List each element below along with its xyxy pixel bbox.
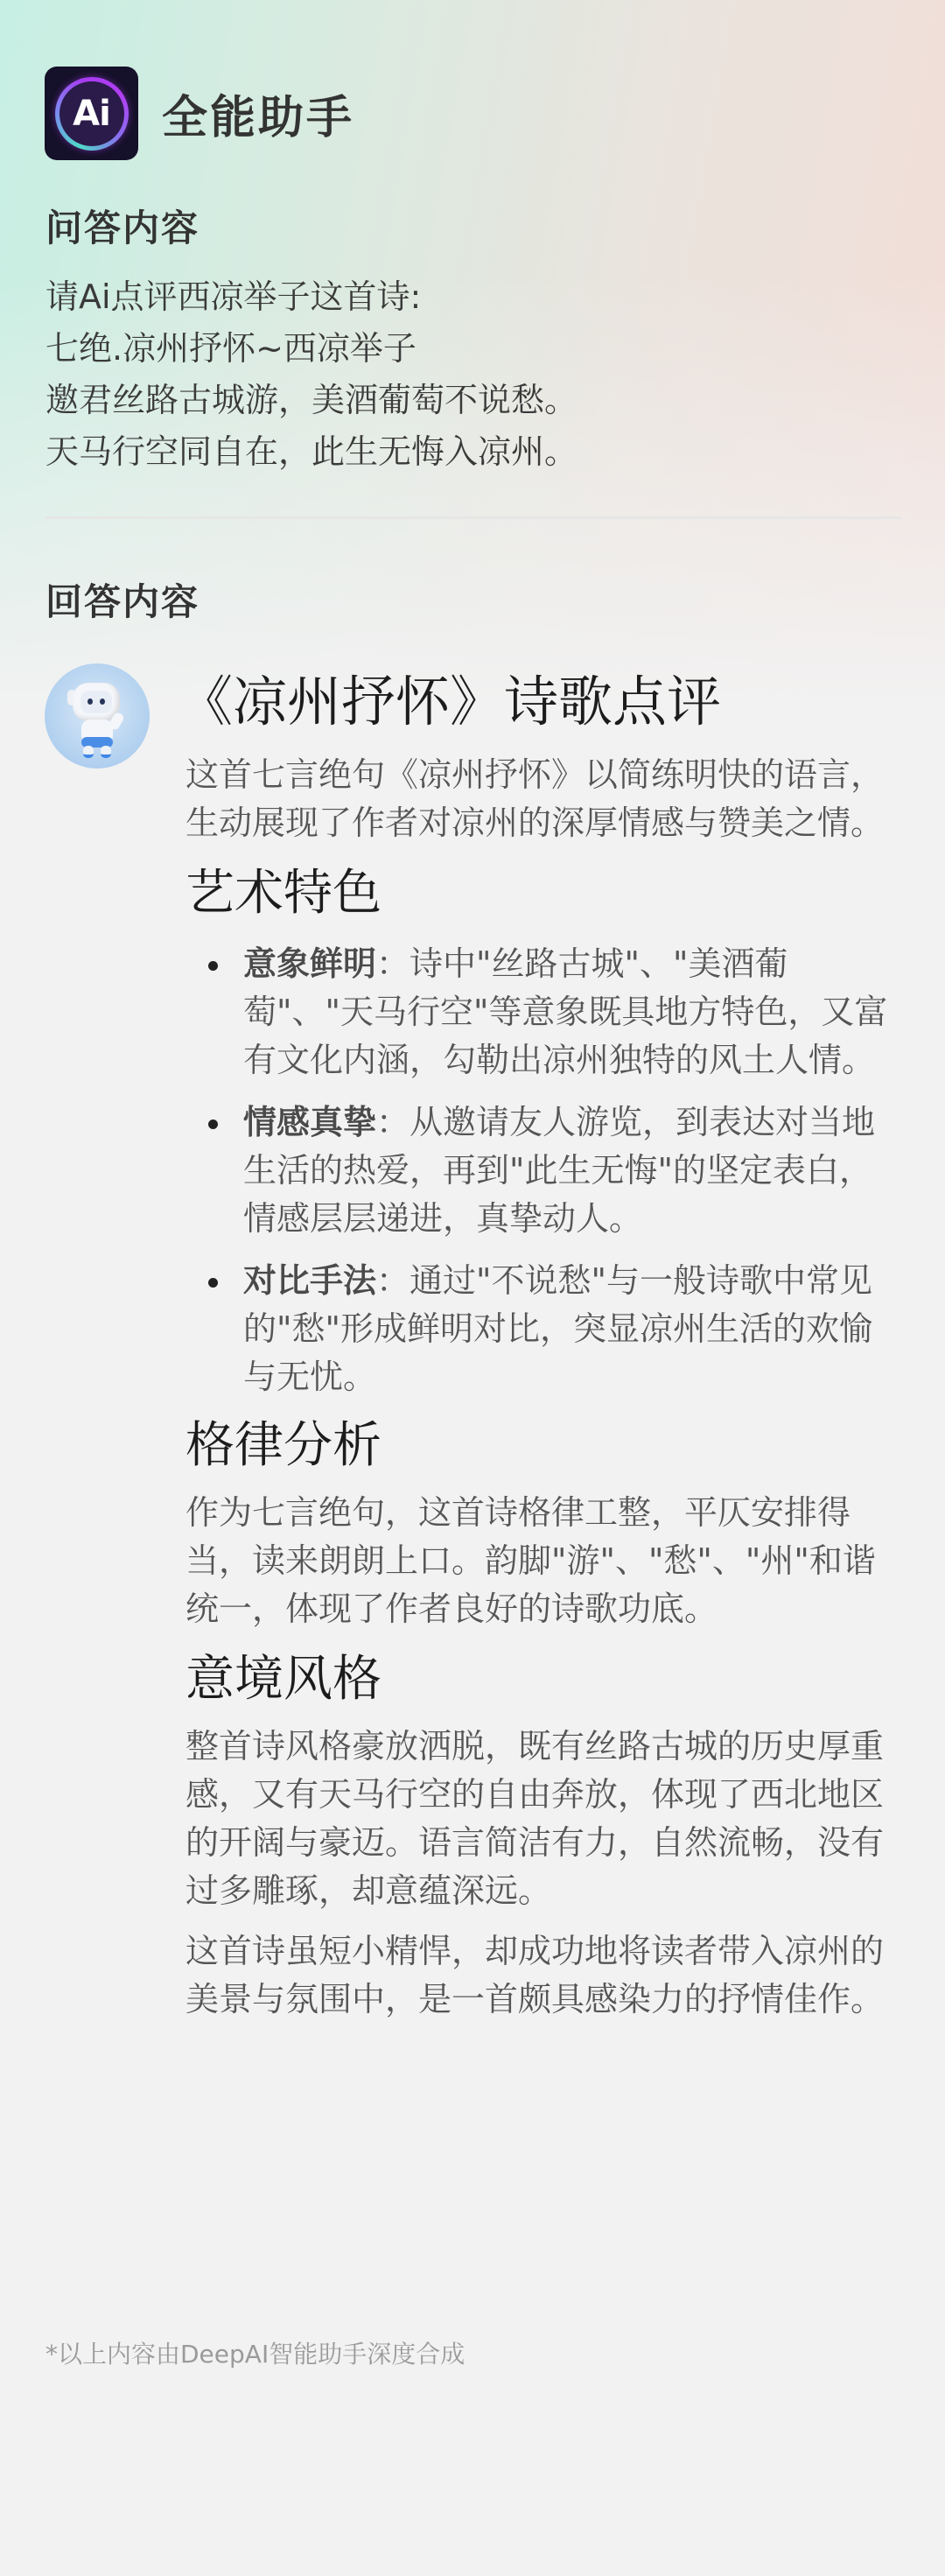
robot-leg — [83, 746, 94, 758]
question-content: 请Ai点评西凉举子这首诗: 七绝.凉州抒怀~西凉举子 邀君丝路古城游，美酒葡萄不… — [45, 271, 903, 478]
bullet-label: 意象鲜明 — [243, 944, 376, 983]
section-heading-art: 艺术特色 — [185, 863, 903, 924]
bullet-icon — [208, 1278, 218, 1288]
robot-eye — [87, 698, 93, 705]
list-item: 对比手法：通过"不说愁"与一般诗歌中常见的"愁"形成鲜明对比，突显凉州生活的欢愉… — [185, 1257, 903, 1401]
question-line: 邀君丝路古城游，美酒葡萄不说愁。 — [45, 375, 903, 426]
bullet-label: 情感真挚 — [243, 1103, 376, 1141]
robot-avatar-icon — [45, 663, 150, 769]
question-line: 天马行空同自在，此生无悔入凉州。 — [45, 426, 903, 478]
question-heading: 问答内容 — [45, 200, 199, 252]
bullet-label: 对比手法 — [243, 1261, 376, 1300]
app-logo-icon: Ai — [45, 67, 138, 160]
bullet-icon — [208, 961, 218, 971]
style-paragraph: 整首诗风格豪放洒脱，既有丝路古城的历史厚重感，又有天马行空的自由奔放，体现了西北… — [185, 1723, 903, 1915]
bullet-icon — [208, 1120, 218, 1129]
art-features-list: 意象鲜明：诗中"丝路古城"、"美酒葡萄"、"天马行空"等意象既具地方特色，又富有… — [185, 940, 903, 1401]
answer-heading: 回答内容 — [45, 573, 199, 626]
answer-intro: 这首七言绝句《凉州抒怀》以简练明快的语言，生动展现了作者对凉州的深厚情感与赞美之… — [185, 751, 903, 847]
section-divider — [45, 516, 901, 519]
answer-content: 《凉州抒怀》诗歌点评 这首七言绝句《凉州抒怀》以简练明快的语言，生动展现了作者对… — [185, 665, 903, 2024]
robot-leg — [101, 746, 111, 758]
ai-disclaimer: *以上内容由DeepAI智能助手深度合成 — [45, 2335, 465, 2370]
section-heading-meter: 格律分析 — [185, 1415, 903, 1477]
logo-text: Ai — [59, 81, 124, 146]
robot-eye — [100, 698, 105, 705]
page: Ai 全能助手 问答内容 请Ai点评西凉举子这首诗: 七绝.凉州抒怀~西凉举子 … — [0, 0, 945, 2576]
app-header: Ai 全能助手 — [45, 67, 354, 160]
answer-title: 《凉州抒怀》诗歌点评 — [178, 665, 903, 739]
question-line: 七绝.凉州抒怀~西凉举子 — [45, 323, 903, 375]
robot-visor — [80, 691, 112, 713]
app-title: 全能助手 — [162, 81, 354, 146]
section-heading-style: 意境风格 — [185, 1649, 903, 1710]
question-line: 请Ai点评西凉举子这首诗: — [45, 271, 903, 323]
logo-ring: Ai — [55, 77, 129, 151]
meter-paragraph: 作为七言绝句，这首诗格律工整，平仄安排得当，读来朗朗上口。韵脚"游"、"愁"、"… — [185, 1489, 903, 1633]
list-item: 情感真挚：从邀请友人游览，到表达对当地生活的热爱，再到"此生无悔"的坚定表白，情… — [185, 1098, 903, 1243]
conclusion-paragraph: 这首诗虽短小精悍，却成功地将读者带入凉州的美景与氛围中，是一首颇具感染力的抒情佳… — [185, 1927, 903, 2024]
list-item: 意象鲜明：诗中"丝路古城"、"美酒葡萄"、"天马行空"等意象既具地方特色，又富有… — [185, 940, 903, 1084]
